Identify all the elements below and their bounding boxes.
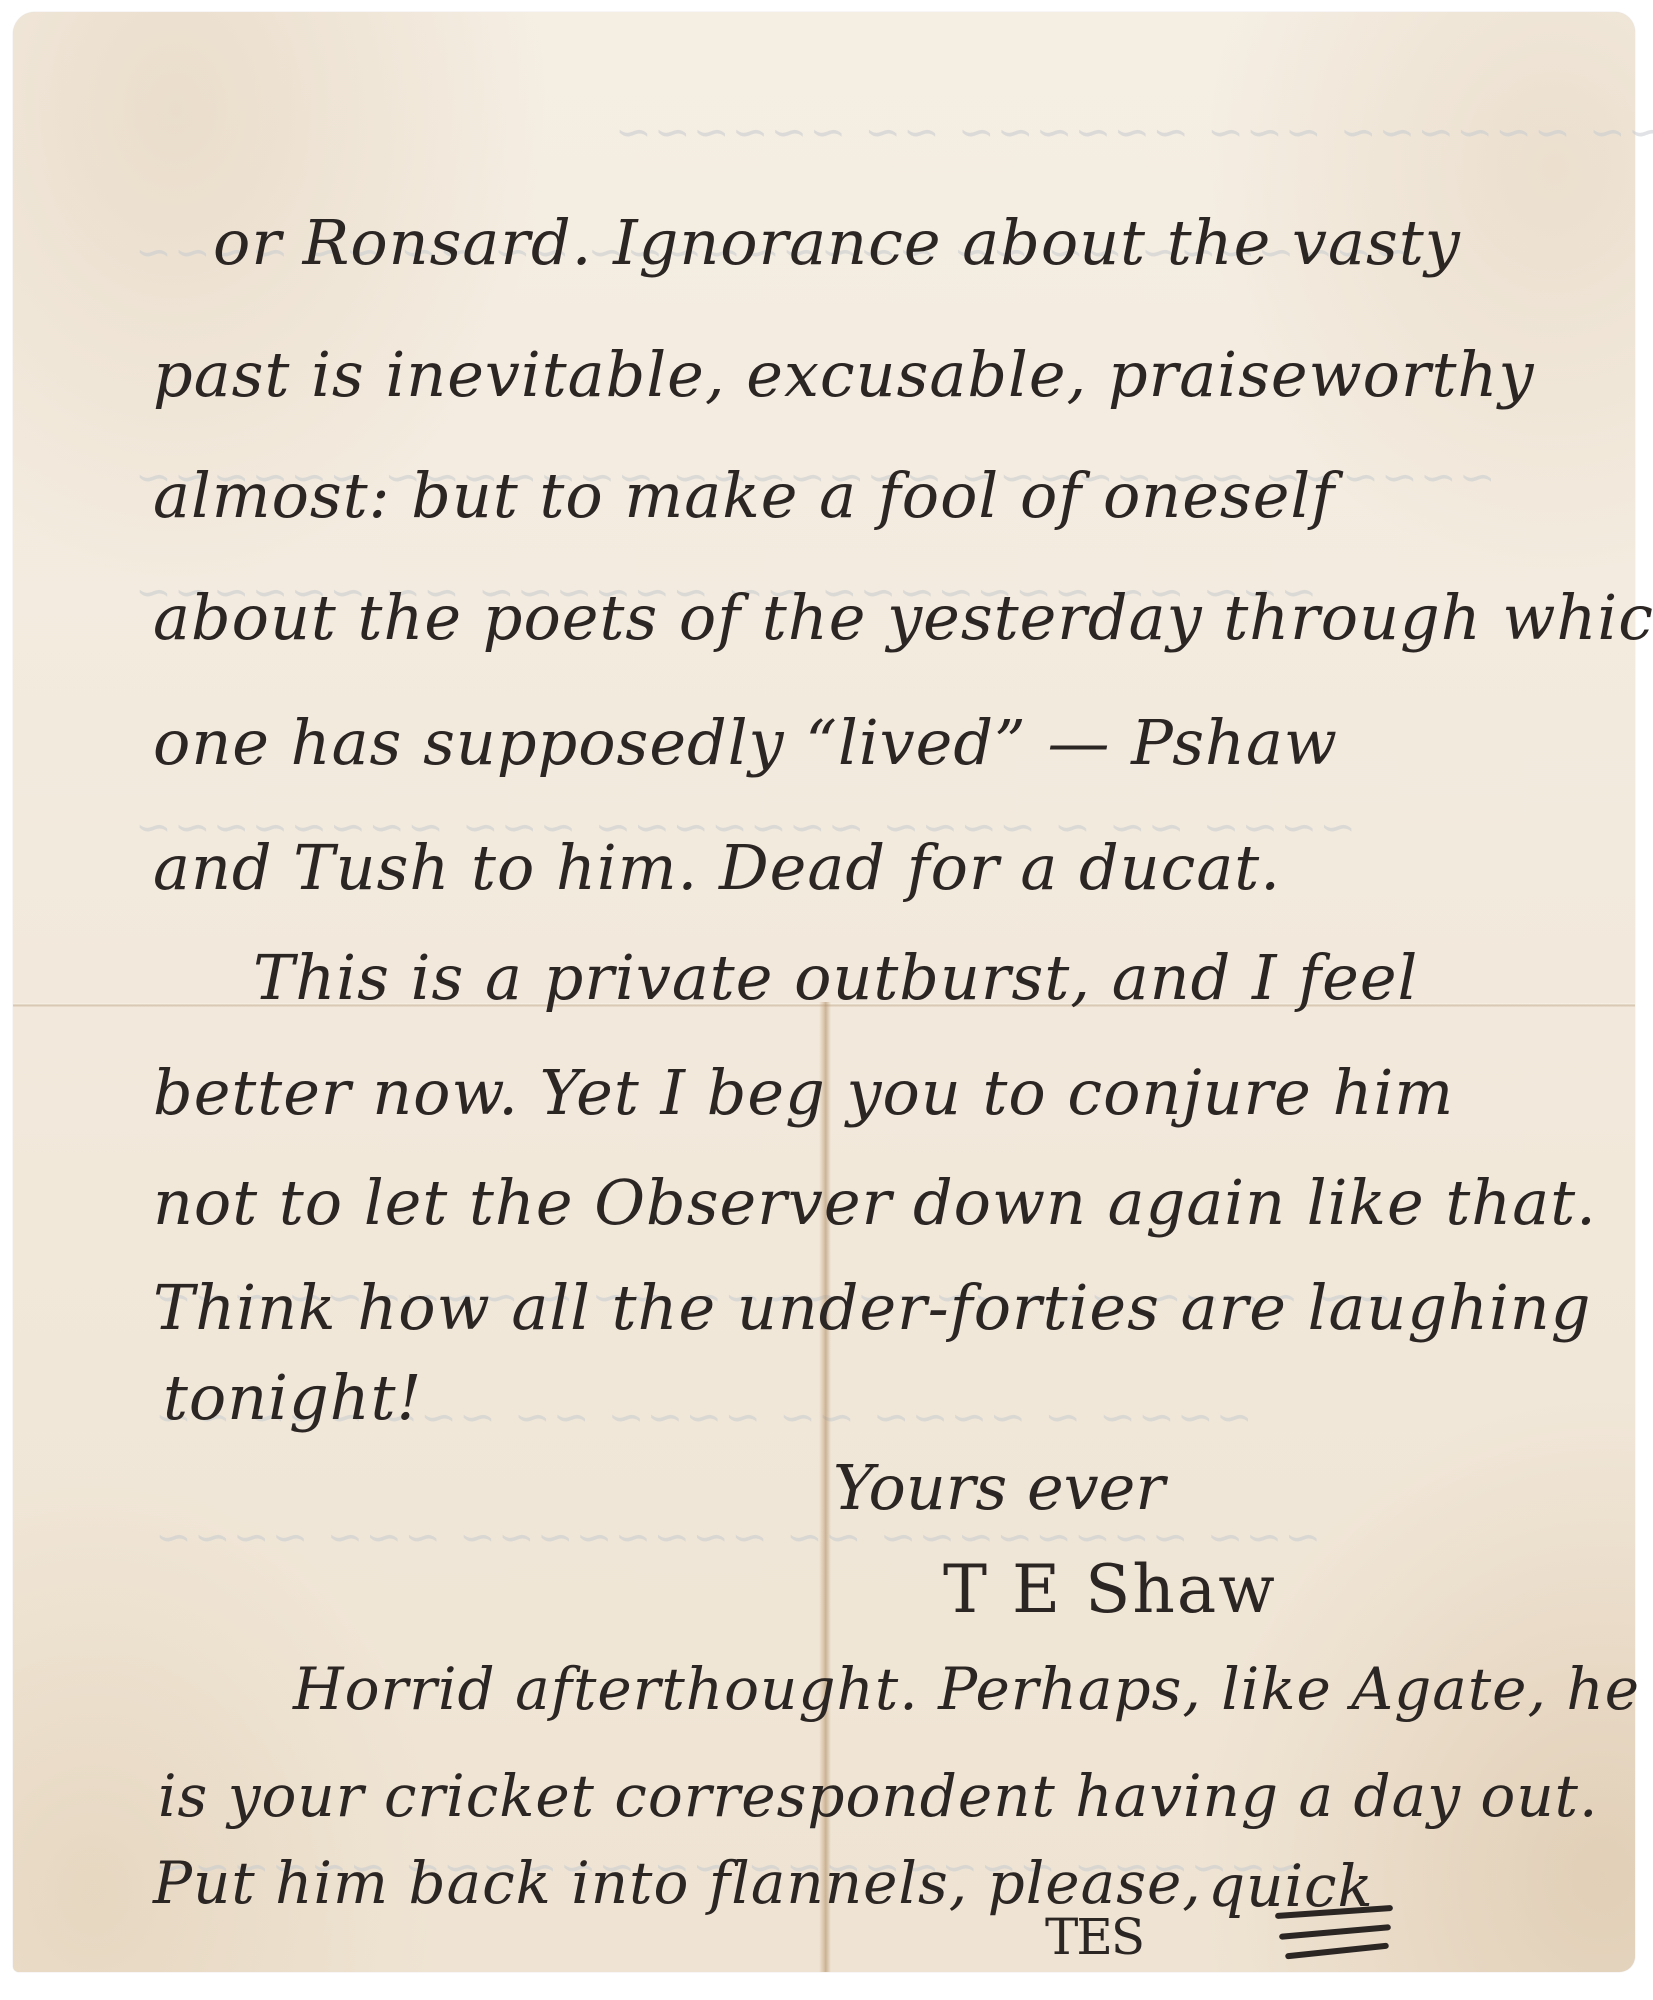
letter-line: about the poets of the yesterday through…: [153, 587, 1653, 649]
letter-line: or Ronsard. Ignorance about the vasty: [213, 212, 1461, 274]
letter-line: almost: but to make a fool of oneself: [153, 465, 1335, 527]
letter-paper: ~~~ ~~~~~~~ ~~~~~~ ~~~ ~~~~~~ ~~ ~~~~~~ …: [13, 12, 1635, 1972]
letter-line: Think how all the under-forties are laug…: [153, 1277, 1591, 1339]
letter-line: tonight!: [163, 1367, 422, 1429]
postscript-emphasis: quick: [1208, 1857, 1374, 1915]
letter-initials: TES: [1045, 1912, 1143, 1962]
letter-line: one has supposedly “lived” — Pshaw: [153, 712, 1338, 774]
triple-underline: [1285, 1943, 1389, 1960]
postscript-line: Put him back into flannels, please,: [153, 1854, 1202, 1912]
letter-closing: Yours ever: [833, 1457, 1165, 1519]
letter-line: better now. Yet I beg you to conjure him: [153, 1062, 1454, 1124]
reverse-showthrough: ~~~ ~~~~~~~ ~~~~~~ ~~~ ~~~~~~ ~~ ~~~~~~: [613, 107, 1653, 158]
postscript-line: is your cricket correspondent having a d…: [158, 1767, 1598, 1825]
postscript-line: Horrid afterthought. Perhaps, like Agate…: [293, 1660, 1640, 1718]
triple-underline: [1279, 1924, 1391, 1940]
letter-line: This is a private outburst, and I feel: [253, 947, 1418, 1009]
letter-signature: T E Shaw: [943, 1557, 1277, 1623]
letter-line: past is inevitable, excusable, praisewor…: [153, 344, 1535, 406]
letter-line: and Tush to him. Dead for a ducat.: [153, 837, 1281, 899]
letter-line: not to let the Observer down again like …: [153, 1172, 1597, 1234]
